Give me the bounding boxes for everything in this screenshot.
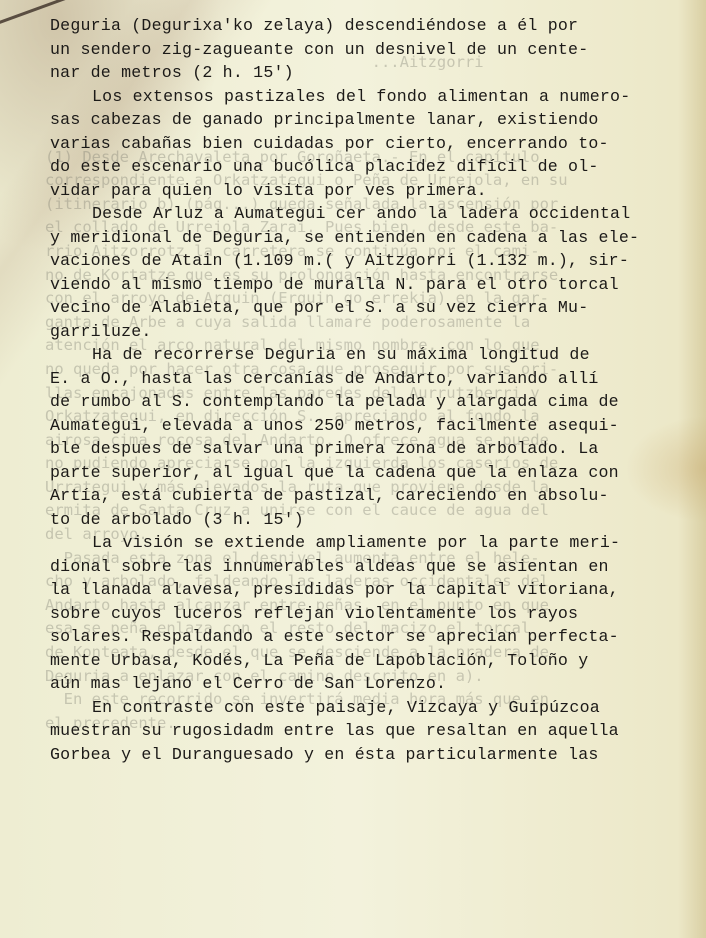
text-line: Aumategui, elevada a unos 250 metros, fa… (50, 414, 700, 438)
text-line: y meridional de Deguria, se entienden en… (50, 226, 700, 250)
text-line: parte superior, al igual que la cadena q… (50, 461, 700, 485)
text-line: nar de metros (2 h. 15') (50, 61, 700, 85)
text-line: de rumbo al S. contemplando la pelada y … (50, 390, 700, 414)
text-line: Gorbea y el Duranguesado y en ésta parti… (50, 743, 700, 767)
text-line: Deguria (Degurixa'ko zelaya) descendiénd… (50, 14, 700, 38)
text-line: la llanada alavesa, presididas por la ca… (50, 578, 700, 602)
text-line: vecino de Alabieta, que por el S. a su v… (50, 296, 700, 320)
text-line: to de arbolado (3 h. 15') (50, 508, 700, 532)
text-line: ble despues de salvar una primera zona d… (50, 437, 700, 461)
text-line: sobre cuyos luceros reflejan violentamen… (50, 602, 700, 626)
text-line: En contraste con este paisaje, Vizcaya y… (50, 696, 700, 720)
text-line: dional sobre las innumerables aldeas que… (50, 555, 700, 579)
text-line: muestran su rugosidadm entre las que res… (50, 719, 700, 743)
text-line: solares. Respaldando a este sector se ap… (50, 625, 700, 649)
text-line: Artía, está cubierta de pastizal, careci… (50, 484, 700, 508)
text-line: E. a O., hasta las cercanías de Andarto,… (50, 367, 700, 391)
text-line: La visión se extiende ampliamente por la… (50, 531, 700, 555)
typewritten-page: Deguria (Degurixa'ko zelaya) descendiénd… (50, 14, 700, 766)
text-line: Los extensos pastizales del fondo alimen… (50, 85, 700, 109)
text-line: viendo al mismo tiempo de muralla N. par… (50, 273, 700, 297)
text-line: mente Urbasa, Kodés, La Peña de Lapoblac… (50, 649, 700, 673)
text-line: Ha de recorrerse Deguria en su máxima lo… (50, 343, 700, 367)
text-line: garriluze. (50, 320, 700, 344)
text-line: do este escenario una bucólica placidez … (50, 155, 700, 179)
text-line: vaciones de Atain (1.109 m.( y Aitzgorri… (50, 249, 700, 273)
text-line: vidar para quien lo visita por ves prime… (50, 179, 700, 203)
text-line: varias cabañas bien cuidadas por cierto,… (50, 132, 700, 156)
text-line: aún mas lejano el Cerro de San Lorenzo. (50, 672, 700, 696)
text-line: sas cabezas de ganado principalmente lan… (50, 108, 700, 132)
text-line: un sendero zig-zagueante con un desnivel… (50, 38, 700, 62)
text-line: Desde Arluz a Aumategui cer ando la lade… (50, 202, 700, 226)
bleedthrough-line (45, 783, 705, 807)
